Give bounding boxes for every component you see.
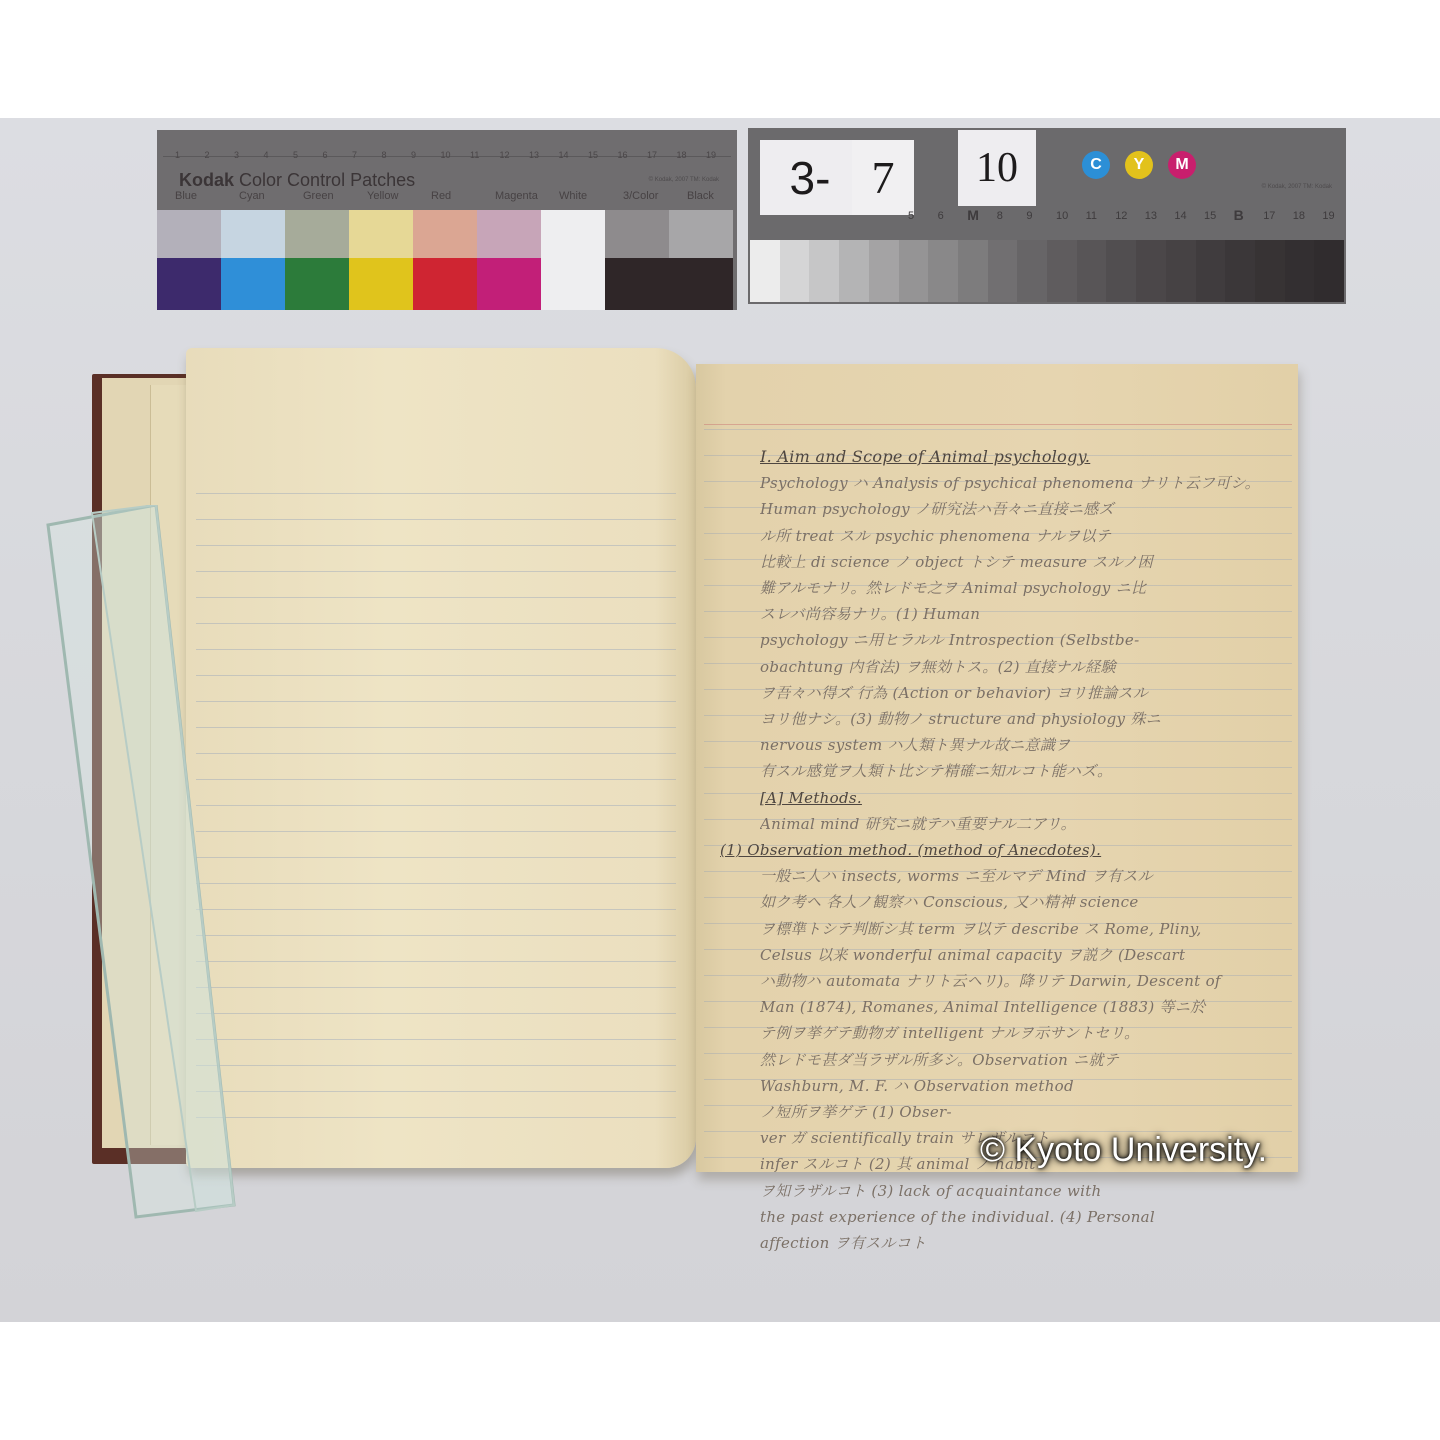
handwritten-line: [A] Methods. xyxy=(760,785,1290,811)
kodak-small-print: © Kodak, 2007 TM: Kodak xyxy=(649,177,719,183)
handwritten-line: スレバ尚容易ナリ。(1) Human xyxy=(760,601,1290,627)
handwritten-line: Washburn, M. F. ハ Observation method xyxy=(760,1073,1290,1099)
ruler-number: 11 xyxy=(470,150,479,160)
gray-scale-strip: 3- 7 10 CYM © Kodak, 2007 TM: Kodak 56M8… xyxy=(748,128,1346,304)
color-patch-light xyxy=(157,210,221,258)
gray-step xyxy=(1136,240,1166,302)
copyright-watermark: © Kyoto University. xyxy=(980,1131,1267,1170)
scale-label: 10 xyxy=(1056,210,1068,222)
handwritten-line: テ例ヲ挙ゲテ動物ガ intelligent ナルヲ示サントセリ。 xyxy=(760,1020,1290,1046)
color-patch-dark xyxy=(221,258,285,310)
handwritten-line: 有スル感覚ヲ人類ト比シテ精確ニ知ルコト能ハズ。 xyxy=(760,758,1290,784)
gray-step xyxy=(839,240,869,302)
glass-weight xyxy=(46,505,236,1220)
scale-label: 5 xyxy=(908,210,914,222)
color-patch-light xyxy=(221,210,285,258)
kodak-ruler: 12345678910111213141516171819 xyxy=(163,136,731,157)
gray-step xyxy=(1285,240,1315,302)
color-patch-dark xyxy=(157,258,221,310)
gray-step xyxy=(1314,240,1344,302)
color-patch-dark xyxy=(349,258,413,310)
handwritten-line: obachtung 内省法) ヲ無効トス。(2) 直接ナル経験 xyxy=(760,654,1290,680)
gray-step xyxy=(780,240,810,302)
color-patch-light xyxy=(605,210,669,258)
handwritten-line: Animal mind 研究ニ就テハ重要ナル二アリ。 xyxy=(760,811,1290,837)
scale-label: 8 xyxy=(997,210,1003,222)
ruler-number: 9 xyxy=(411,150,416,160)
gray-step xyxy=(1047,240,1077,302)
gray-step xyxy=(899,240,929,302)
patch-label: Cyan xyxy=(239,190,265,202)
handwritten-line: psychology ニ用ヒラルル Introspection (Selbstb… xyxy=(760,627,1290,653)
patch-label: Magenta xyxy=(495,190,538,202)
handwritten-line: Celsus 以来 wonderful animal capacity ヲ説ク … xyxy=(760,942,1290,968)
handwritten-line: ヲ吾々ハ得ズ 行為 (Action or behavior) ヨリ推論スル xyxy=(760,680,1290,706)
patch-labels: BlueCyanGreenYellowRedMagentaWhite3/Colo… xyxy=(157,190,737,204)
gray-step xyxy=(809,240,839,302)
scale-label: 13 xyxy=(1145,210,1157,222)
gray-step xyxy=(750,240,780,302)
ruler-number: 6 xyxy=(323,150,328,160)
handwritten-line: ノ短所ヲ挙ゲテ (1) Obser- xyxy=(760,1099,1290,1125)
scale-label: B xyxy=(1234,207,1244,223)
color-patch-dark xyxy=(413,258,477,310)
handwritten-line: 然レドモ甚ダ当ラザル所多シ。Observation ニ就テ xyxy=(760,1047,1290,1073)
patch-label: Blue xyxy=(175,190,197,202)
gray-step xyxy=(869,240,899,302)
handwritten-line: Human psychology ノ研究法ハ吾々ニ直接ニ感ズ xyxy=(760,496,1290,522)
color-patch-dark xyxy=(605,258,669,310)
patch-label: Green xyxy=(303,190,334,202)
color-patch-dark xyxy=(669,258,733,310)
item-label-card: 7 xyxy=(852,140,914,215)
patch-label: Yellow xyxy=(367,190,398,202)
gray-step xyxy=(1106,240,1136,302)
handwritten-line: 比較上 di science ノ object トシテ measure スルノ困 xyxy=(760,549,1290,575)
scale-label: M xyxy=(967,207,979,223)
ruler-number: 3 xyxy=(234,150,239,160)
patch-label: Red xyxy=(431,190,451,202)
gray-step xyxy=(988,240,1018,302)
handwritten-line: ヨリ他ナシ。(3) 動物ノ structure and physiology 殊… xyxy=(760,706,1290,732)
ruler-number: 15 xyxy=(588,150,598,160)
handwritten-line: Psychology ハ Analysis of psychical pheno… xyxy=(760,470,1290,496)
scale-label: 18 xyxy=(1293,210,1305,222)
scale-label: 12 xyxy=(1115,210,1127,222)
gray-step xyxy=(958,240,988,302)
left-page-blank xyxy=(186,348,696,1168)
handwritten-line: 難アルモナリ。然レドモ之ヲ Animal psychology ニ比 xyxy=(760,575,1290,601)
gray-step xyxy=(1166,240,1196,302)
scale-label: 15 xyxy=(1204,210,1216,222)
scale-label: 11 xyxy=(1086,210,1097,222)
gray-small-print: © Kodak, 2007 TM: Kodak xyxy=(1262,184,1332,190)
color-patch-light xyxy=(285,210,349,258)
color-patch-light xyxy=(413,210,477,258)
gray-step xyxy=(1255,240,1285,302)
scale-label: 9 xyxy=(1026,210,1032,222)
ruler-number: 7 xyxy=(352,150,357,160)
ruled-lines xyxy=(196,468,676,1138)
handwritten-line: I. Aim and Scope of Animal psychology. xyxy=(760,444,1290,470)
ruler-number: 18 xyxy=(677,150,687,160)
color-patch-dark xyxy=(285,258,349,310)
scale-label: 19 xyxy=(1322,210,1334,222)
handwritten-line: affection ヲ有スルコト xyxy=(760,1230,1290,1256)
color-patch-light xyxy=(541,210,605,258)
dot-y: Y xyxy=(1125,151,1153,179)
patch-label: White xyxy=(559,190,587,202)
gray-step xyxy=(1077,240,1107,302)
gray-steps xyxy=(750,240,1344,302)
ruler-number: 14 xyxy=(559,150,569,160)
ruler-number: 2 xyxy=(205,150,210,160)
patch-label: 3/Color xyxy=(623,190,658,202)
handwritten-line: ル所 treat スル psychic phenomena ナルヲ以テ xyxy=(760,523,1290,549)
gray-step xyxy=(928,240,958,302)
ruler-number: 19 xyxy=(706,150,716,160)
handwritten-line: ヲ知ラザルコト (3) lack of acquaintance with xyxy=(760,1178,1290,1204)
color-patch-dark xyxy=(477,258,541,310)
dot-c: C xyxy=(1082,151,1110,179)
ruler-number: 16 xyxy=(618,150,628,160)
volume-label-card: 3- xyxy=(760,140,860,215)
scale-label: 6 xyxy=(938,210,944,222)
ruler-number: 1 xyxy=(175,150,180,160)
ruler-number: 10 xyxy=(441,150,451,160)
handwritten-line: ヲ標準トシテ判断シ其 term ヲ以テ describe ス Rome, Pli… xyxy=(760,916,1290,942)
patch-label: Black xyxy=(687,190,714,202)
color-patch-light xyxy=(349,210,413,258)
handwritten-line: 一般ニ人ハ insects, worms ニ至ルマデ Mind ヲ有スル xyxy=(760,863,1290,889)
kodak-title: Kodak Color Control Patches xyxy=(179,170,415,191)
scale-label: 14 xyxy=(1174,210,1186,222)
handwritten-line: (1) Observation method. (method of Anecd… xyxy=(720,837,1290,863)
handwritten-line: the past experience of the individual. (… xyxy=(760,1204,1290,1230)
gray-step xyxy=(1196,240,1226,302)
kodak-color-control-strip: 12345678910111213141516171819 Kodak Colo… xyxy=(157,130,737,310)
handwritten-line: nervous system ハ人類ト異ナル故ニ意識ヲ xyxy=(760,732,1290,758)
color-patch-light xyxy=(669,210,733,258)
dot-m: M xyxy=(1168,151,1196,179)
scale-label: 17 xyxy=(1263,210,1275,222)
ruler-number: 17 xyxy=(647,150,657,160)
red-margin-line xyxy=(704,424,1292,425)
handwritten-line: Man (1874), Romanes, Animal Intelligence… xyxy=(760,994,1290,1020)
gray-step xyxy=(1225,240,1255,302)
page-number-card: 10 xyxy=(958,130,1036,206)
color-patch-dark xyxy=(541,258,605,310)
ruler-number: 4 xyxy=(264,150,269,160)
ruler-number: 5 xyxy=(293,150,298,160)
handwritten-line: ハ動物ハ automata ナリト云ヘリ)。降リテ Darwin, Descen… xyxy=(760,968,1290,994)
ruler-number: 13 xyxy=(529,150,539,160)
color-patch-light xyxy=(477,210,541,258)
right-page-handwritten: I. Aim and Scope of Animal psychology.Ps… xyxy=(696,364,1298,1172)
ruler-number: 8 xyxy=(382,150,387,160)
gray-step xyxy=(1017,240,1047,302)
ruler-number: 12 xyxy=(500,150,510,160)
handwritten-line: 如ク考ヘ 各人ノ観察ハ Conscious, 又ハ精神 science xyxy=(760,889,1290,915)
